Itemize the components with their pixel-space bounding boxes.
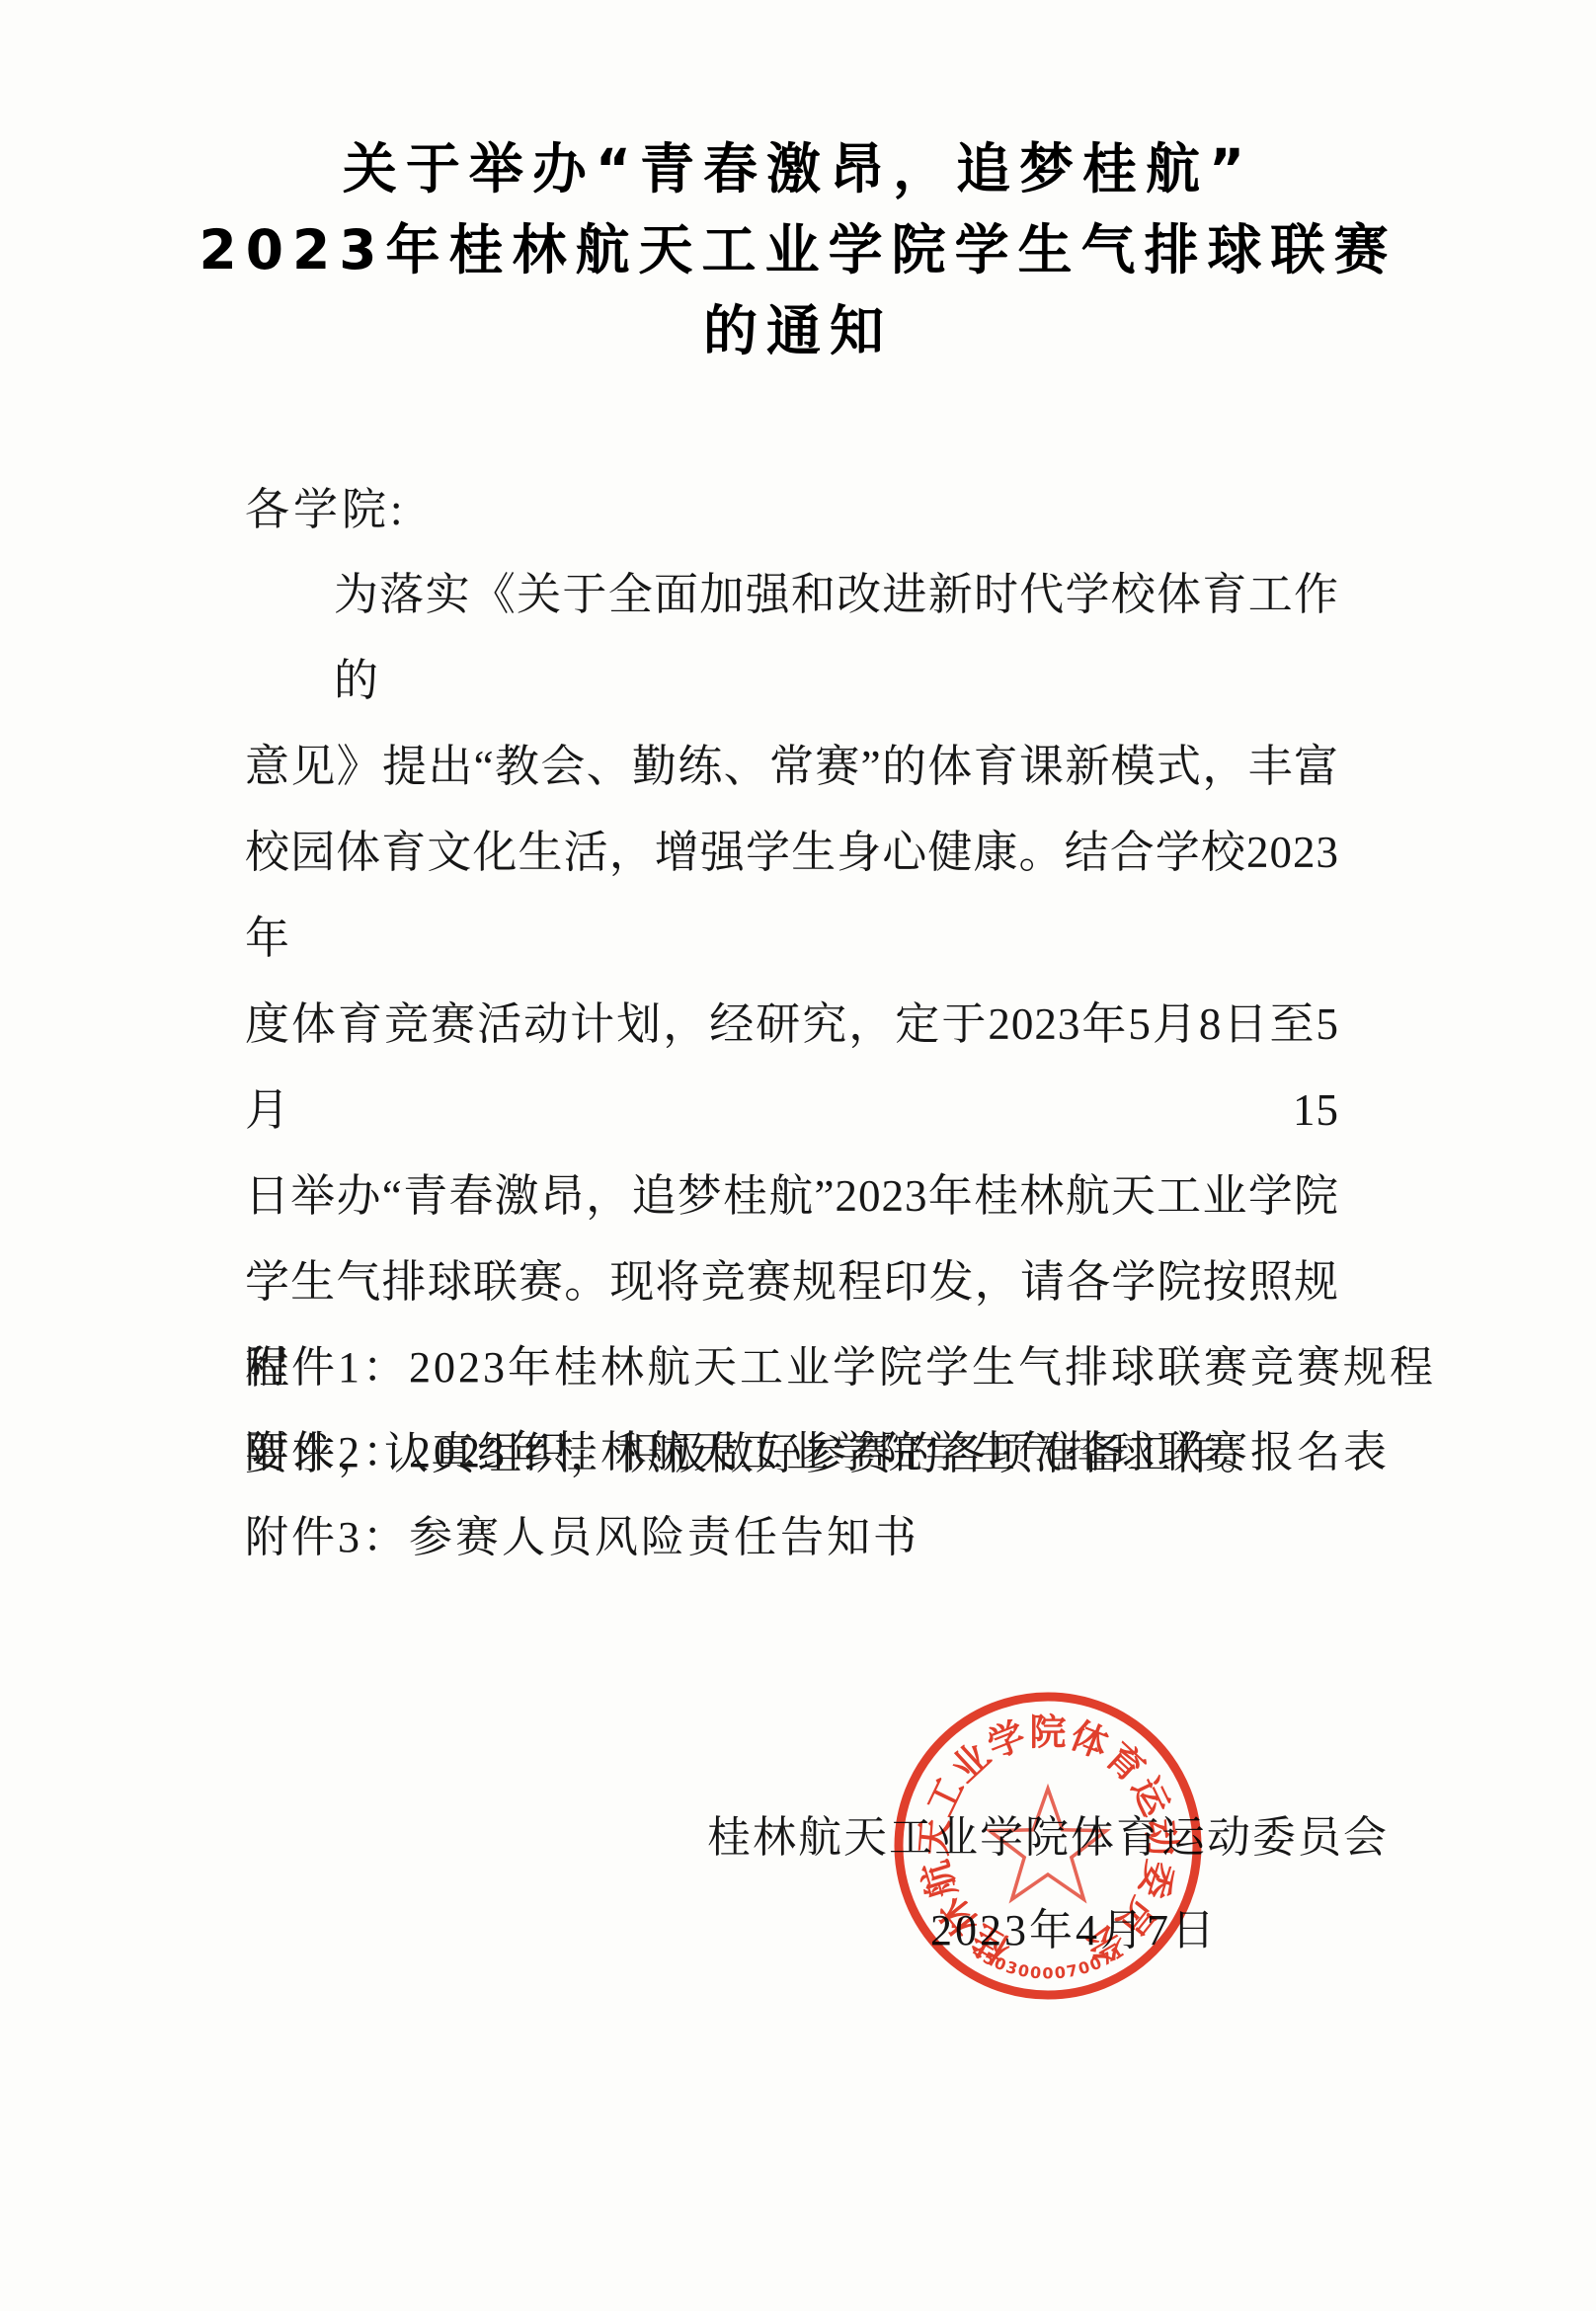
svg-text:体: 体	[1065, 1714, 1114, 1767]
signature-organization: 桂林航天工业学院体育运动委员会	[707, 1809, 1389, 1867]
page-title-line-3: 的通知	[0, 290, 1596, 371]
svg-text:0: 0	[1029, 1962, 1042, 1982]
svg-text:育: 育	[1097, 1735, 1153, 1791]
svg-text:3: 3	[1003, 1957, 1019, 1978]
svg-text:0: 0	[1054, 1962, 1067, 1982]
page-title-line-2: 2023年桂林航天工业学院学生气排球联赛	[0, 209, 1596, 290]
body-line: 意见》提出“教会、勤练、常赛”的体育课新模式，丰富	[245, 724, 1339, 810]
body-line: 校园体育文化生活，增强学生身心健康。结合学校2023年	[245, 810, 1339, 982]
signature-date: 2023年4月7日	[930, 1902, 1218, 1959]
attachment-item-2: 附件2：2023年桂林航天工业学院学生气排球联赛报名表	[245, 1410, 1436, 1495]
document-page: 关于举办“青春激昂，追梦桂航” 2023年桂林航天工业学院学生气排球联赛 的通知…	[0, 0, 1596, 2311]
svg-text:业: 业	[944, 1736, 998, 1791]
body-line: 为落实《关于全面加强和改进新时代学校体育工作的	[245, 552, 1339, 724]
svg-text:7: 7	[1065, 1960, 1079, 1981]
svg-text:0: 0	[1077, 1957, 1092, 1978]
svg-text:0: 0	[1016, 1960, 1031, 1981]
attachment-item-3: 附件3：参赛人员风险责任告知书	[245, 1495, 1436, 1580]
body-line: 日举办“青春激昂，追梦桂航”2023年桂林航天工业学院	[245, 1154, 1339, 1239]
page-title-line-1: 关于举办“青春激昂，追梦桂航”	[0, 128, 1596, 209]
body-line: 度体育竞赛活动计划，经研究，定于2023年5月8日至5月15	[245, 982, 1339, 1154]
attachment-list: 附件1：2023年桂林航天工业学院学生气排球联赛竞赛规程 附件2：2023年桂林…	[245, 1325, 1436, 1580]
attachment-item-1: 附件1：2023年桂林航天工业学院学生气排球联赛竞赛规程	[245, 1325, 1436, 1410]
svg-text:院: 院	[1030, 1713, 1067, 1754]
svg-text:0: 0	[1042, 1964, 1053, 1983]
svg-text:学: 学	[982, 1714, 1031, 1767]
page-title: 关于举办“青春激昂，追梦桂航” 2023年桂林航天工业学院学生气排球联赛 的通知	[0, 128, 1596, 371]
salutation: 各学院:	[245, 465, 407, 554]
